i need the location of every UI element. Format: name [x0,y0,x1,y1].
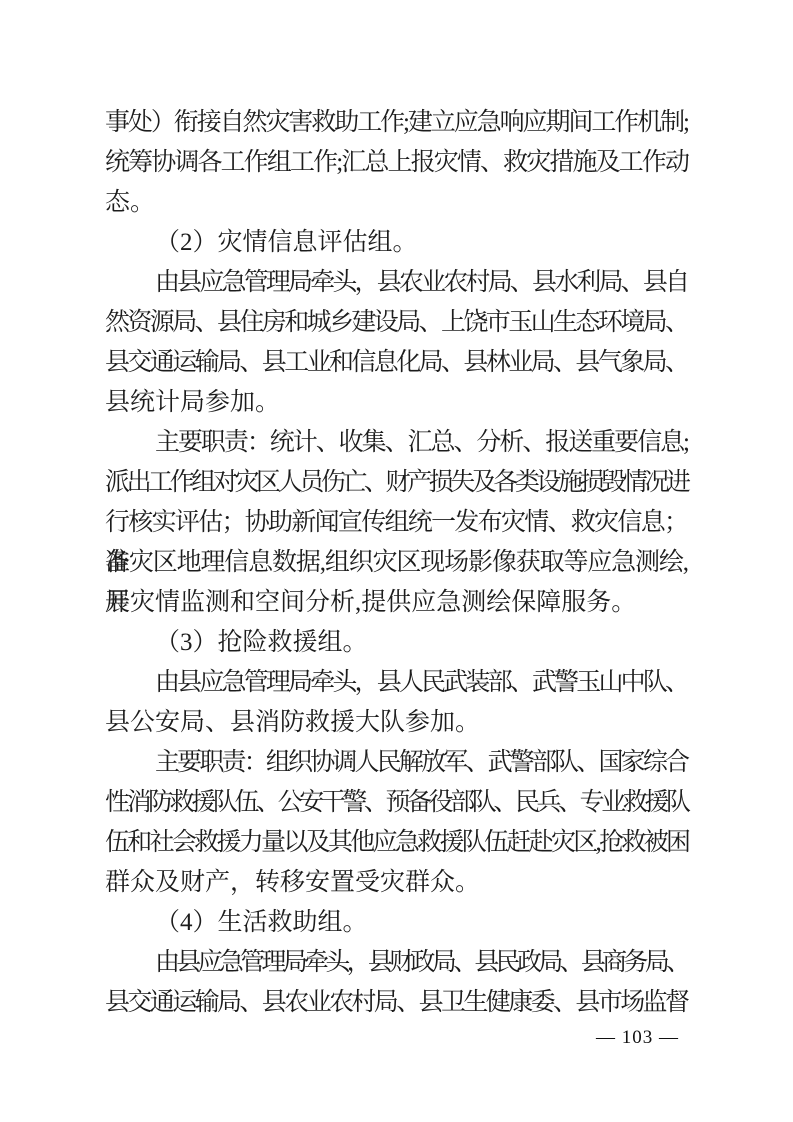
text-line: 统筹协调各工作组工作;汇总上报灾情、救灾措施及工作动 [105,143,687,183]
text-line: 由县应急管理局牵头，县人民武装部、武警玉山中队、 [105,663,687,703]
text-line: 群众及财产，转移安置受灾群众。 [105,863,687,903]
text-line: 县统计局参加。 [105,383,687,423]
text-line: 行核实评估；协助新闻宣传组统一发布灾情、救灾信息；准 [105,503,687,543]
text-line: 由县应急管理局牵头，县财政局、县民政局、县商务局、 [105,943,687,983]
text-line: 然资源局、县住房和城乡建设局、上饶市玉山生态环境局、 [105,303,687,343]
text-line: 主要职责：组织协调人民解放军、武警部队、国家综合 [105,743,687,783]
text-line: 备灾区地理信息数据,组织灾区现场影像获取等应急测绘,开 [105,543,687,583]
document-text-block: 事处）衔接自然灾害救助工作;建立应急响应期间工作机制; 统筹协调各工作组工作;汇… [105,103,687,1023]
section-heading: （2）灾情信息评估组。 [105,223,687,263]
text-line: 主要职责：统计、收集、汇总、分析、报送重要信息; [105,423,687,463]
text-line: 伍和社会救援力量以及其他应急救援队伍赶赴灾区,抢救被困 [105,823,687,863]
section-heading: （3）抢险救援组。 [105,623,687,663]
text-line: 展灾情监测和空间分析,提供应急测绘保障服务。 [105,583,687,623]
section-heading: （4）生活救助组。 [105,903,687,943]
text-line: 县交通运输局、县工业和信息化局、县林业局、县气象局、 [105,343,687,383]
text-line: 县公安局、县消防救援大队参加。 [105,703,687,743]
text-line: 县交通运输局、县农业农村局、县卫生健康委、县市场监督 [105,983,687,1023]
text-line: 派出工作组对灾区人员伤亡、财产损失及各类设施损毁情况进 [105,463,687,503]
text-line: 事处）衔接自然灾害救助工作;建立应急响应期间工作机制; [105,103,687,143]
text-line: 性消防救援队伍、公安干警、预备役部队、民兵、专业救援队 [105,783,687,823]
text-line: 态。 [105,183,687,223]
page-number: — 103 — [596,1026,679,1050]
document-page: 事处）衔接自然灾害救助工作;建立应急响应期间工作机制; 统筹协调各工作组工作;汇… [0,0,793,1122]
text-line: 由县应急管理局牵头，县农业农村局、县水利局、县自 [105,263,687,303]
